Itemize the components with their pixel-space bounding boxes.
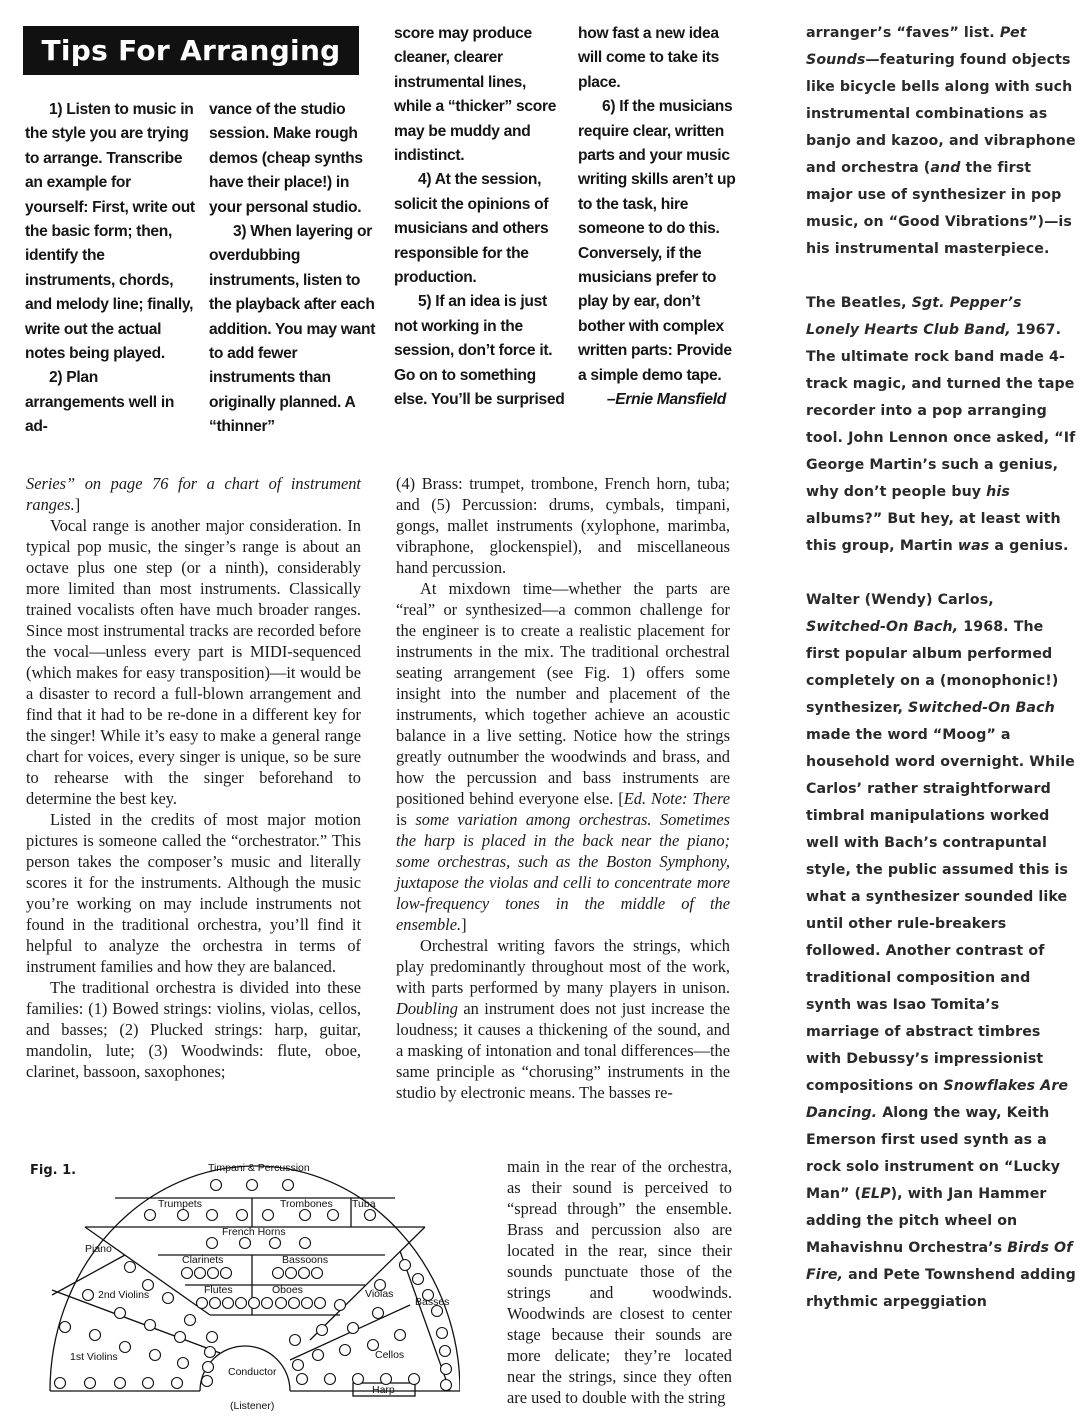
faves-sidebar: arranger’s “faves” list. Pet Sounds—feat… [806,20,1076,1316]
tip-paragraph: 1) Listen to music in the style you are … [25,98,197,366]
tip-paragraph: vance of the studio session. Make rough … [209,98,381,220]
body-paragraph: Series” on page 76 for a chart of instru… [26,473,361,515]
orchestra-seating-diagram: Timpani & Percussion Trumpets Trombones … [40,1155,460,1415]
sidebar-paragraph: Walter (Wendy) Carlos, Switched-On Bach,… [806,587,1076,1316]
label-clarinets: Clarinets [182,1254,223,1266]
tips-title-banner: Tips For Arranging [23,26,359,75]
label-2nd-violins: 2nd Violins [98,1289,149,1301]
label-flutes: Flutes [204,1284,233,1296]
tips-column-4: how fast a new idea will come to take it… [578,22,736,413]
body-paragraph: Orchestral writing favors the strings, w… [396,935,730,1103]
label-listener: (Listener) [230,1400,274,1412]
tips-author-signature: –Ernie Mansfield [578,388,736,412]
article-left-column: Series” on page 76 for a chart of instru… [26,473,361,1082]
label-trumpets: Trumpets [158,1198,202,1210]
body-paragraph: (4) Brass: trumpet, trombone, French hor… [396,473,730,578]
label-trombones: Trombones [280,1198,333,1210]
body-paragraph: At mixdown time—whether the parts are “r… [396,578,730,935]
tip-paragraph: 3) When layering or overdubbing instrume… [209,220,381,440]
label-basses: Basses [415,1296,449,1308]
label-violas: Violas [365,1288,393,1300]
sidebar-paragraph: arranger’s “faves” list. Pet Sounds—feat… [806,20,1076,263]
label-bassoons: Bassoons [282,1254,328,1266]
tips-column-1: 1) Listen to music in the style you are … [25,98,197,440]
sidebar-paragraph: The Beatles, Sgt. Pepper’s Lonely Hearts… [806,290,1076,560]
label-oboes: Oboes [272,1284,303,1296]
label-french-horns: French Horns [222,1226,286,1238]
tips-column-3: score may produce cleaner, clearer instr… [394,22,566,413]
body-paragraph: main in the rear of the orchestra, as th… [507,1156,732,1408]
tip-paragraph: how fast a new idea will come to take it… [578,22,736,95]
label-1st-violins: 1st Violins [70,1351,118,1363]
label-cellos: Cellos [375,1349,404,1361]
tip-paragraph: 2) Plan arrangements well in ad- [25,366,197,439]
article-wrap-column: main in the rear of the orchestra, as th… [507,1156,732,1408]
tip-paragraph: score may produce cleaner, clearer instr… [394,22,566,168]
label-timpani: Timpani & Percussion [208,1162,310,1174]
body-paragraph: Listed in the credits of most major moti… [26,809,361,977]
tip-paragraph: 6) If the musicians require clear, writt… [578,95,736,388]
article-middle-column: (4) Brass: trumpet, trombone, French hor… [396,473,730,1103]
body-paragraph: The traditional orchestra is divided int… [26,977,361,1082]
tips-column-2: vance of the studio session. Make rough … [209,98,381,440]
label-harp: Harp [372,1384,395,1396]
body-paragraph: Vocal range is another major considerati… [26,515,361,809]
label-piano: Piano [85,1243,112,1255]
label-tuba: Tuba [352,1198,376,1210]
label-conductor: Conductor [228,1366,277,1378]
tip-paragraph: 4) At the session, solicit the opinions … [394,168,566,290]
tips-title: Tips For Arranging [41,34,340,67]
tip-paragraph: 5) If an idea is just not working in the… [394,290,566,412]
